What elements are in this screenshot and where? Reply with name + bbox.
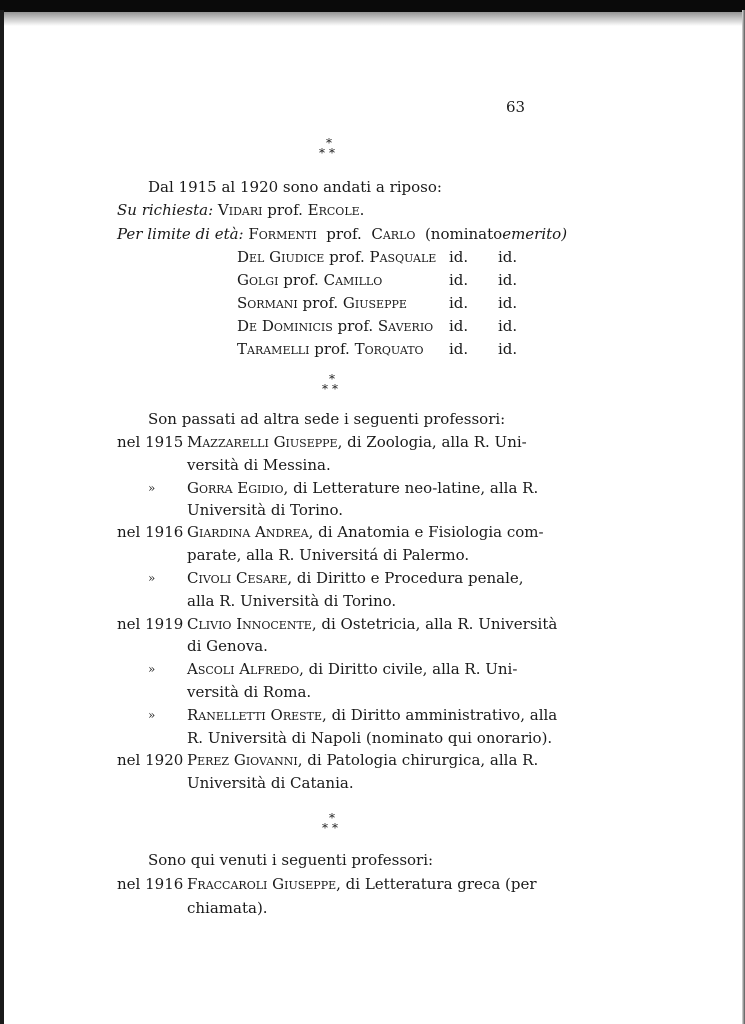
scan-top-border xyxy=(0,0,745,12)
scan-left-edge xyxy=(0,10,4,1024)
list-item: Clivio Innocente, di Ostetricia, alla R.… xyxy=(187,614,557,634)
list-item: Del Giudice prof. Pasquale xyxy=(237,247,436,267)
entry-year: nel 1915 xyxy=(117,432,183,452)
retirements-intro: Dal 1915 al 1920 sono andati a riposo: xyxy=(148,177,442,197)
transfers-in-intro: Sono qui venuti i seguenti professori: xyxy=(148,850,433,870)
given-name: Ercole. xyxy=(308,201,365,219)
entry-year: nel 1920 xyxy=(117,750,183,770)
list-item: Golgi prof. Camillo xyxy=(237,270,382,290)
age-label: Per limite di età: xyxy=(117,225,244,243)
entry-year: nel 1916 xyxy=(117,522,183,542)
scan-top-noise xyxy=(0,12,745,26)
ditto-mark: » xyxy=(148,478,155,498)
list-item: Sormani prof. Giuseppe xyxy=(237,293,407,313)
entry-year: nel 1919 xyxy=(117,614,183,634)
section-separator: *** xyxy=(312,813,352,833)
page-number: 63 xyxy=(506,98,525,116)
list-item: De Dominicis prof. Saverio xyxy=(237,316,433,336)
surname: Vidari xyxy=(218,201,263,219)
list-item: Taramelli prof. Torquato xyxy=(237,339,424,359)
ditto-mark: » xyxy=(148,705,155,725)
section-separator: *** xyxy=(312,374,352,394)
section-separator: *** xyxy=(309,138,349,158)
request-label: Su richiesta: xyxy=(117,201,213,219)
list-item: Fraccaroli Giuseppe, di Letteratura grec… xyxy=(187,874,537,894)
ditto-mark: » xyxy=(148,659,155,679)
list-item: Ascoli Alfredo, di Diritto civile, alla … xyxy=(187,659,517,679)
list-item: Perez Giovanni, di Patologia chirurgica,… xyxy=(187,750,538,770)
list-item: Gorra Egidio, di Letterature neo-latine,… xyxy=(187,478,538,498)
list-item: Giardina Andrea, di Anatomia e Fisiologi… xyxy=(187,522,544,542)
age-limit-line: Per limite di età: Formenti prof. Carlo … xyxy=(117,224,567,244)
list-item: Ranelletti Oreste, di Diritto amministra… xyxy=(187,705,557,725)
entry-year: nel 1916 xyxy=(117,874,183,894)
list-item: Civoli Cesare, di Diritto e Procedura pe… xyxy=(187,568,524,588)
ditto-mark: » xyxy=(148,568,155,588)
list-item: Mazzarelli Giuseppe, di Zoologia, alla R… xyxy=(187,432,527,452)
transfers-out-intro: Son passati ad altra sede i seguenti pro… xyxy=(148,409,505,429)
request-line: Su richiesta: Vidari prof. Ercole. xyxy=(117,200,364,220)
